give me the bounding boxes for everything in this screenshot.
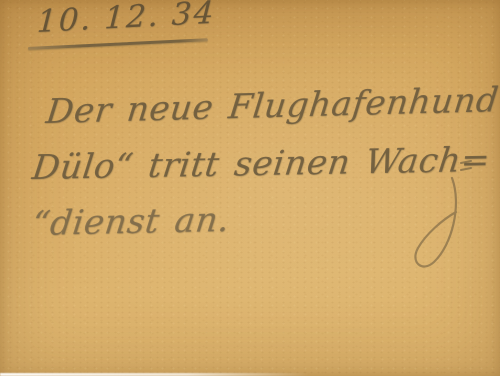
handwriting-line-2: Dülo“ tritt seinen Wach= <box>30 140 492 188</box>
date-underline <box>28 38 208 50</box>
handwriting-line-1: Der neue Flughafenhund <box>44 80 500 132</box>
date-heading: 10. 12. 34 <box>36 0 216 40</box>
paper-texture <box>0 0 500 376</box>
pen-flourish-descender <box>0 0 500 376</box>
handwriting-line-3: “dienst an. <box>30 200 232 244</box>
scanned-note-card: 10. 12. 34 Der neue Flughafenhund Dülo“ … <box>0 0 500 376</box>
